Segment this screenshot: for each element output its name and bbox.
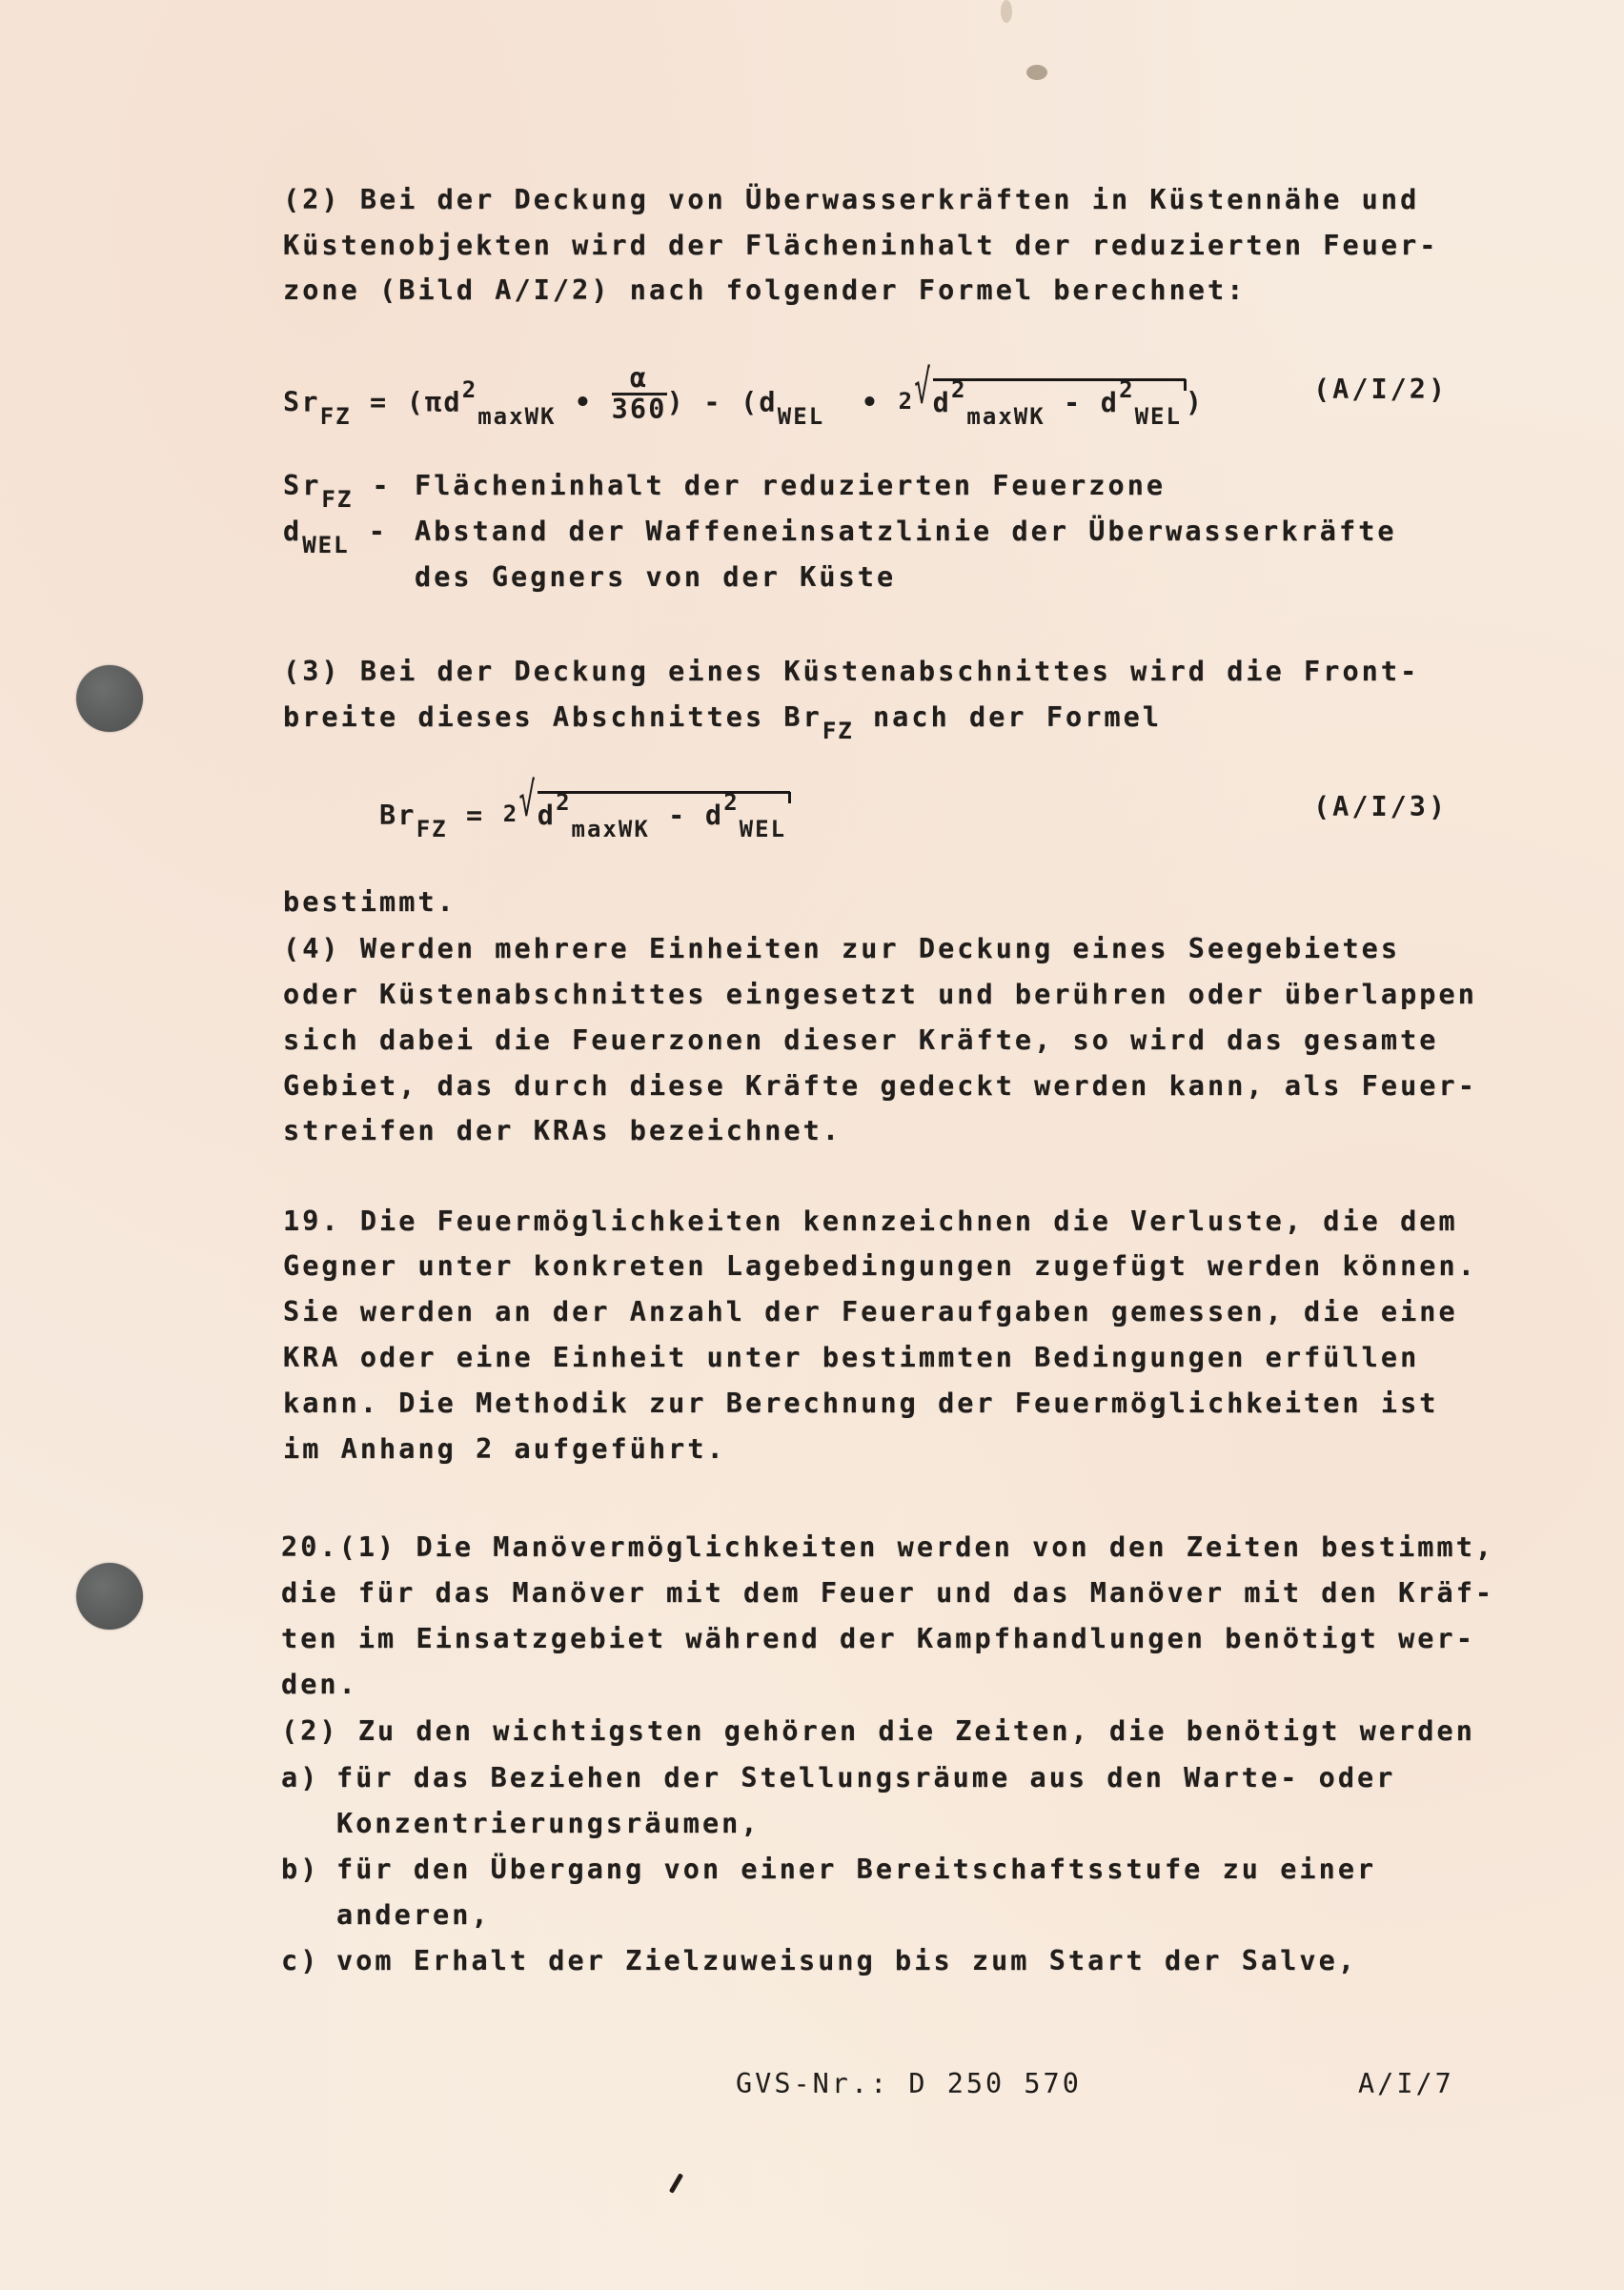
- section-20-subparagraph-2: (2) Zu den wichtigsten gehören die Zeite…: [281, 1715, 1475, 1748]
- formula-operator: =: [370, 387, 388, 418]
- paragraph-2-line: Küstenobjekten wird der Flächeninhalt de…: [283, 230, 1439, 262]
- formula-term: d: [1101, 387, 1119, 418]
- definition-term: SrFZ -: [283, 470, 392, 502]
- square-root: 2√d2maxWK - d2WEL: [899, 378, 1186, 420]
- square-root: 2√d2maxWK - d2WEL: [503, 791, 790, 833]
- list-item-marker: a): [281, 1762, 319, 1794]
- formula-subscript: WEL: [778, 403, 824, 430]
- definition-text: Flächeninhalt der reduzierten Feuerzone: [415, 470, 1166, 502]
- page-reference: A/I/7: [1358, 2068, 1454, 2099]
- formula-subscript: FZ: [822, 718, 854, 744]
- fraction-numerator: α: [612, 364, 667, 395]
- paper-stain: [1001, 0, 1012, 23]
- formula-symbol: Sr: [283, 387, 320, 418]
- section-19-line: Gegner unter konkreten Lagebedingungen z…: [283, 1250, 1477, 1283]
- list-item-text: vom Erhalt der Zielzuweisung bis zum Sta…: [336, 1945, 1357, 1977]
- section-19-line: 19. Die Feuermöglichkeiten kennzeichnen …: [283, 1206, 1458, 1238]
- paragraph-4-line: Gebiet, das durch diese Kräfte gedeckt w…: [283, 1070, 1477, 1103]
- radical-sign-icon: √: [518, 773, 537, 828]
- paragraph-3-conclusion: bestimmt.: [283, 886, 457, 919]
- formula-subscript: maxWK: [477, 403, 556, 430]
- list-item-text: anderen,: [336, 1899, 491, 1932]
- paragraph-4-line: (4) Werden mehrere Einheiten zur Deckung…: [283, 933, 1400, 965]
- root-index: 2: [503, 800, 519, 827]
- formula-subscript: WEL: [740, 816, 786, 842]
- section-19-line: im Anhang 2 aufgeführt.: [283, 1433, 726, 1466]
- term-subscript: FZ: [321, 486, 353, 513]
- radicand: d2maxWK - d2WEL: [933, 378, 1186, 419]
- section-20-line: ten im Einsatzgebiet während der Kampfha…: [281, 1623, 1475, 1655]
- formula-term: (πd: [407, 387, 462, 418]
- paper-stain: [1026, 65, 1047, 80]
- term-subscript: WEL: [302, 532, 349, 558]
- definition-text: Abstand der Waffeneinsatzlinie der Überw…: [415, 516, 1397, 548]
- formula-operator: -: [703, 387, 721, 418]
- paragraph-3-line: breite dieses Abschnittes BrFZ nach der …: [283, 701, 1162, 734]
- formula-superscript: 2: [1119, 376, 1134, 403]
- section-19-line: Sie werden an der Anzahl der Feueraufgab…: [283, 1296, 1458, 1328]
- definition-dash: -: [369, 516, 388, 547]
- formula-operator: •: [862, 387, 880, 418]
- section-19-line: KRA oder eine Einheit unter bestimmten B…: [283, 1342, 1419, 1374]
- ink-mark: [669, 2173, 683, 2194]
- list-item-text: für den Übergang von einer Bereitschafts…: [336, 1854, 1376, 1886]
- formula-subscript: maxWK: [966, 403, 1045, 430]
- definition-dash: -: [373, 470, 392, 501]
- formula-paren: ): [1186, 387, 1204, 418]
- formula-superscript: 2: [951, 376, 966, 403]
- radicand: d2maxWK - d2WEL: [538, 791, 790, 832]
- formula-subscript: maxWK: [572, 816, 650, 842]
- section-20-line: den.: [281, 1669, 358, 1701]
- formula-term: d: [538, 800, 556, 831]
- fraction-denominator: 360: [612, 395, 667, 424]
- formula-operator: =: [466, 800, 484, 831]
- paragraph-2-line: (2) Bei der Deckung von Überwasserkräfte…: [283, 184, 1419, 216]
- formula-operator: -: [1064, 387, 1082, 418]
- formula-subscript: FZ: [416, 816, 448, 842]
- formula-symbol: Br: [379, 800, 416, 831]
- paragraph-4-line: oder Küstenabschnittes eingesetzt und be…: [283, 979, 1477, 1011]
- section-19-line: kann. Die Methodik zur Berechnung der Fe…: [283, 1388, 1439, 1420]
- formula-term: d: [705, 800, 723, 831]
- list-item-marker: b): [281, 1854, 319, 1886]
- formula-fraction: α360: [612, 364, 667, 424]
- formula-superscript: 2: [723, 789, 739, 816]
- equation-number: (A/I/3): [1313, 791, 1448, 822]
- document-page: (2) Bei der Deckung von Überwasserkräfte…: [0, 0, 1624, 2290]
- formula-term: (d: [741, 387, 778, 418]
- equation-number: (A/I/2): [1313, 374, 1448, 405]
- formula-operator: -: [668, 800, 686, 831]
- term-symbol: d: [283, 516, 302, 547]
- formula-subscript: FZ: [320, 403, 352, 430]
- list-item-text: für das Beziehen der Stellungsräume aus …: [336, 1762, 1395, 1794]
- formula-superscript: 2: [556, 789, 571, 816]
- text-run: nach der Formel: [854, 701, 1162, 733]
- paragraph-4-line: sich dabei die Feuerzonen dieser Kräfte,…: [283, 1024, 1439, 1057]
- formula-paren: ): [667, 387, 685, 418]
- formula-superscript: 2: [462, 376, 477, 403]
- document-number: GVS-Nr.: D 250 570: [736, 2068, 1082, 2099]
- paragraph-2-line: zone (Bild A/I/2) nach folgender Formel …: [283, 274, 1246, 307]
- formula-operator: •: [575, 387, 593, 418]
- paragraph-4-line: streifen der KRAs bezeichnet.: [283, 1115, 842, 1147]
- punch-hole-icon: [76, 665, 143, 732]
- formula-br-fz: BrFZ = 2√d2maxWK - d2WEL: [379, 791, 790, 833]
- list-item-marker: c): [281, 1945, 319, 1977]
- formula-sr-fz: SrFZ = (πd2maxWK • α360) - (dWEL • 2√d2m…: [283, 374, 1204, 434]
- text-run: breite dieses Abschnittes Br: [283, 701, 822, 733]
- radical-sign-icon: √: [914, 360, 932, 415]
- section-20-line: 20.(1) Die Manövermöglichkeiten werden v…: [281, 1531, 1494, 1564]
- term-symbol: Sr: [283, 470, 321, 501]
- definition-term: dWEL -: [283, 516, 388, 548]
- punch-hole-icon: [76, 1563, 143, 1630]
- list-item-text: Konzentrierungsräumen,: [336, 1808, 761, 1840]
- formula-subscript: WEL: [1135, 403, 1182, 430]
- root-index: 2: [899, 388, 915, 415]
- definition-text: des Gegners von der Küste: [415, 561, 896, 594]
- paragraph-3-line: (3) Bei der Deckung eines Küstenabschnit…: [283, 656, 1419, 688]
- section-20-line: die für das Manöver mit dem Feuer und da…: [281, 1577, 1494, 1610]
- formula-term: d: [933, 387, 951, 418]
